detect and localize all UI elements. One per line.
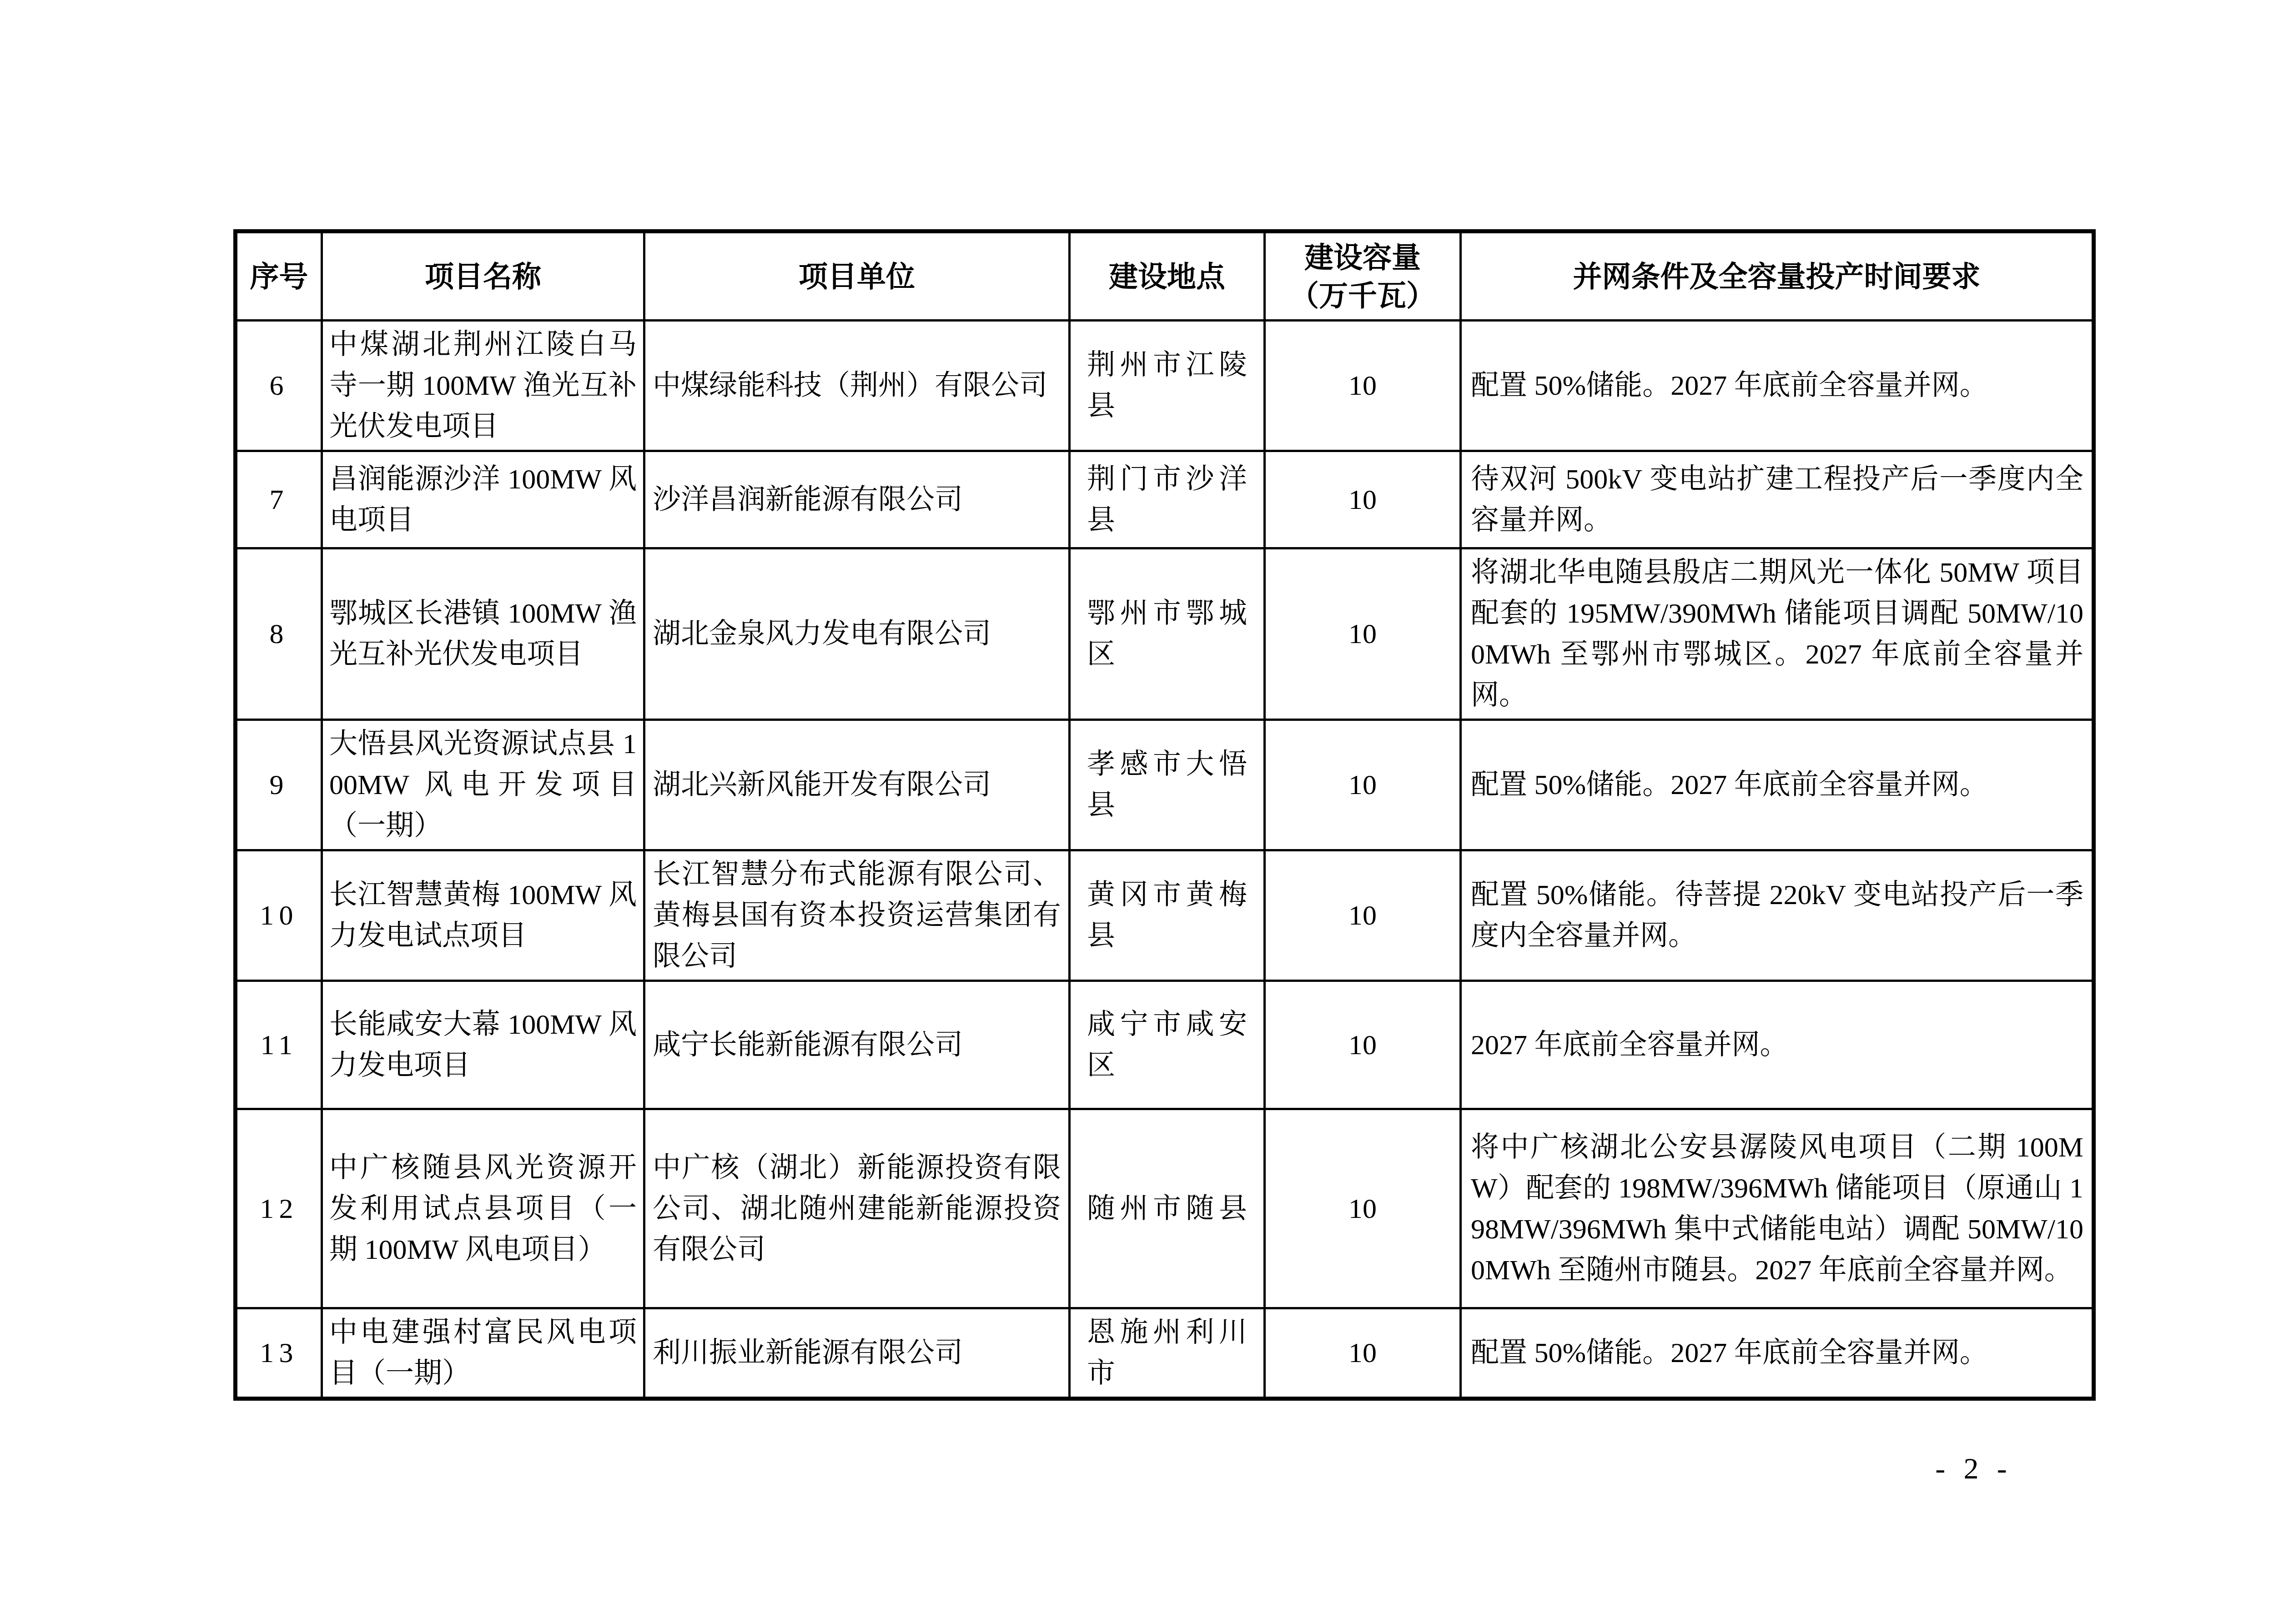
cell-location: 荆州市江陵县 bbox=[1070, 321, 1265, 451]
cell-unit: 湖北金泉风力发电有限公司 bbox=[644, 548, 1070, 720]
cell-seq: 6 bbox=[236, 321, 322, 451]
projects-table: 序号 项目名称 项目单位 建设地点 建设容量 （万千瓦） 并网条件及全容量投产时… bbox=[233, 229, 2096, 1401]
cell-project-name: 中煤湖北荆州江陵白马寺一期 100MW 渔光互补光伏发电项目 bbox=[322, 321, 644, 451]
cell-condition: 配置 50%储能。待菩提 220kV 变电站投产后一季度内全容量并网。 bbox=[1461, 850, 2094, 981]
cell-capacity: 10 bbox=[1265, 321, 1461, 451]
cell-seq: 13 bbox=[236, 1308, 322, 1399]
cell-location: 随州市随县 bbox=[1070, 1109, 1265, 1308]
cell-location: 黄冈市黄梅县 bbox=[1070, 850, 1265, 981]
cell-project-name: 长能咸安大幕 100MW 风力发电项目 bbox=[322, 981, 644, 1109]
table-row: 9 大悟县风光资源试点县 100MW 风电开发项目（一期） 湖北兴新风能开发有限… bbox=[236, 720, 2094, 850]
cell-project-name: 长江智慧黄梅 100MW 风力发电试点项目 bbox=[322, 850, 644, 981]
table-row: 11 长能咸安大幕 100MW 风力发电项目 咸宁长能新能源有限公司 咸宁市咸安… bbox=[236, 981, 2094, 1109]
cell-location: 鄂州市鄂城区 bbox=[1070, 548, 1265, 720]
table-row: 6 中煤湖北荆州江陵白马寺一期 100MW 渔光互补光伏发电项目 中煤绿能科技（… bbox=[236, 321, 2094, 451]
cell-capacity: 10 bbox=[1265, 451, 1461, 548]
cell-seq: 11 bbox=[236, 981, 322, 1109]
cell-project-name: 昌润能源沙洋 100MW 风电项目 bbox=[322, 451, 644, 548]
cell-location: 荆门市沙洋县 bbox=[1070, 451, 1265, 548]
cell-seq: 10 bbox=[236, 850, 322, 981]
header-cell-project-name: 项目名称 bbox=[322, 231, 644, 321]
cell-capacity: 10 bbox=[1265, 1109, 1461, 1308]
cell-condition: 将中广核湖北公安县潺陵风电项目（二期 100MW）配套的 198MW/396MW… bbox=[1461, 1109, 2094, 1308]
cell-project-name: 中电建强村富民风电项目（一期） bbox=[322, 1308, 644, 1399]
cell-seq: 12 bbox=[236, 1109, 322, 1308]
cell-condition: 配置 50%储能。2027 年底前全容量并网。 bbox=[1461, 1308, 2094, 1399]
cell-condition: 待双河 500kV 变电站扩建工程投产后一季度内全容量并网。 bbox=[1461, 451, 2094, 548]
cell-condition: 将湖北华电随县殷店二期风光一体化 50MW 项目配套的 195MW/390MWh… bbox=[1461, 548, 2094, 720]
cell-condition: 配置 50%储能。2027 年底前全容量并网。 bbox=[1461, 720, 2094, 850]
cell-location: 孝感市大悟县 bbox=[1070, 720, 1265, 850]
cell-seq: 7 bbox=[236, 451, 322, 548]
cell-capacity: 10 bbox=[1265, 548, 1461, 720]
cell-seq: 8 bbox=[236, 548, 322, 720]
table-row: 12 中广核随县风光资源开发利用试点县项目（一期 100MW 风电项目） 中广核… bbox=[236, 1109, 2094, 1308]
cell-capacity: 10 bbox=[1265, 981, 1461, 1109]
cell-condition: 2027 年底前全容量并网。 bbox=[1461, 981, 2094, 1109]
cell-condition: 配置 50%储能。2027 年底前全容量并网。 bbox=[1461, 321, 2094, 451]
table-row: 13 中电建强村富民风电项目（一期） 利川振业新能源有限公司 恩施州利川市 10… bbox=[236, 1308, 2094, 1399]
cell-project-name: 中广核随县风光资源开发利用试点县项目（一期 100MW 风电项目） bbox=[322, 1109, 644, 1308]
cell-unit: 湖北兴新风能开发有限公司 bbox=[644, 720, 1070, 850]
table-row: 10 长江智慧黄梅 100MW 风力发电试点项目 长江智慧分布式能源有限公司、黄… bbox=[236, 850, 2094, 981]
header-cell-unit: 项目单位 bbox=[644, 231, 1070, 321]
cell-unit: 利川振业新能源有限公司 bbox=[644, 1308, 1070, 1399]
cell-location: 咸宁市咸安区 bbox=[1070, 981, 1265, 1109]
header-cell-no: 序号 bbox=[236, 231, 322, 321]
table-header-row: 序号 项目名称 项目单位 建设地点 建设容量 （万千瓦） 并网条件及全容量投产时… bbox=[236, 231, 2094, 321]
header-cell-condition: 并网条件及全容量投产时间要求 bbox=[1461, 231, 2094, 321]
page-number: - 2 - bbox=[1828, 1452, 2119, 1486]
cell-capacity: 10 bbox=[1265, 1308, 1461, 1399]
cell-capacity: 10 bbox=[1265, 850, 1461, 981]
cell-capacity: 10 bbox=[1265, 720, 1461, 850]
cell-project-name: 鄂城区长港镇 100MW 渔光互补光伏发电项目 bbox=[322, 548, 644, 720]
cell-unit: 沙洋昌润新能源有限公司 bbox=[644, 451, 1070, 548]
table-row: 8 鄂城区长港镇 100MW 渔光互补光伏发电项目 湖北金泉风力发电有限公司 鄂… bbox=[236, 548, 2094, 720]
cell-unit: 咸宁长能新能源有限公司 bbox=[644, 981, 1070, 1109]
cell-seq: 9 bbox=[236, 720, 322, 850]
header-capacity-line2: （万千瓦） bbox=[1269, 277, 1456, 315]
cell-unit: 长江智慧分布式能源有限公司、黄梅县国有资本投资运营集团有限公司 bbox=[644, 850, 1070, 981]
cell-location: 恩施州利川市 bbox=[1070, 1308, 1265, 1399]
document-page: { "page": { "footer_page_label": "- 2 -"… bbox=[0, 0, 2274, 1624]
cell-unit: 中广核（湖北）新能源投资有限公司、湖北随州建能新能源投资有限公司 bbox=[644, 1109, 1070, 1308]
header-cell-capacity: 建设容量 （万千瓦） bbox=[1265, 231, 1461, 321]
header-capacity-line1: 建设容量 bbox=[1269, 238, 1456, 277]
table-row: 7 昌润能源沙洋 100MW 风电项目 沙洋昌润新能源有限公司 荆门市沙洋县 1… bbox=[236, 451, 2094, 548]
cell-unit: 中煤绿能科技（荆州）有限公司 bbox=[644, 321, 1070, 451]
cell-project-name: 大悟县风光资源试点县 100MW 风电开发项目（一期） bbox=[322, 720, 644, 850]
header-cell-location: 建设地点 bbox=[1070, 231, 1265, 321]
